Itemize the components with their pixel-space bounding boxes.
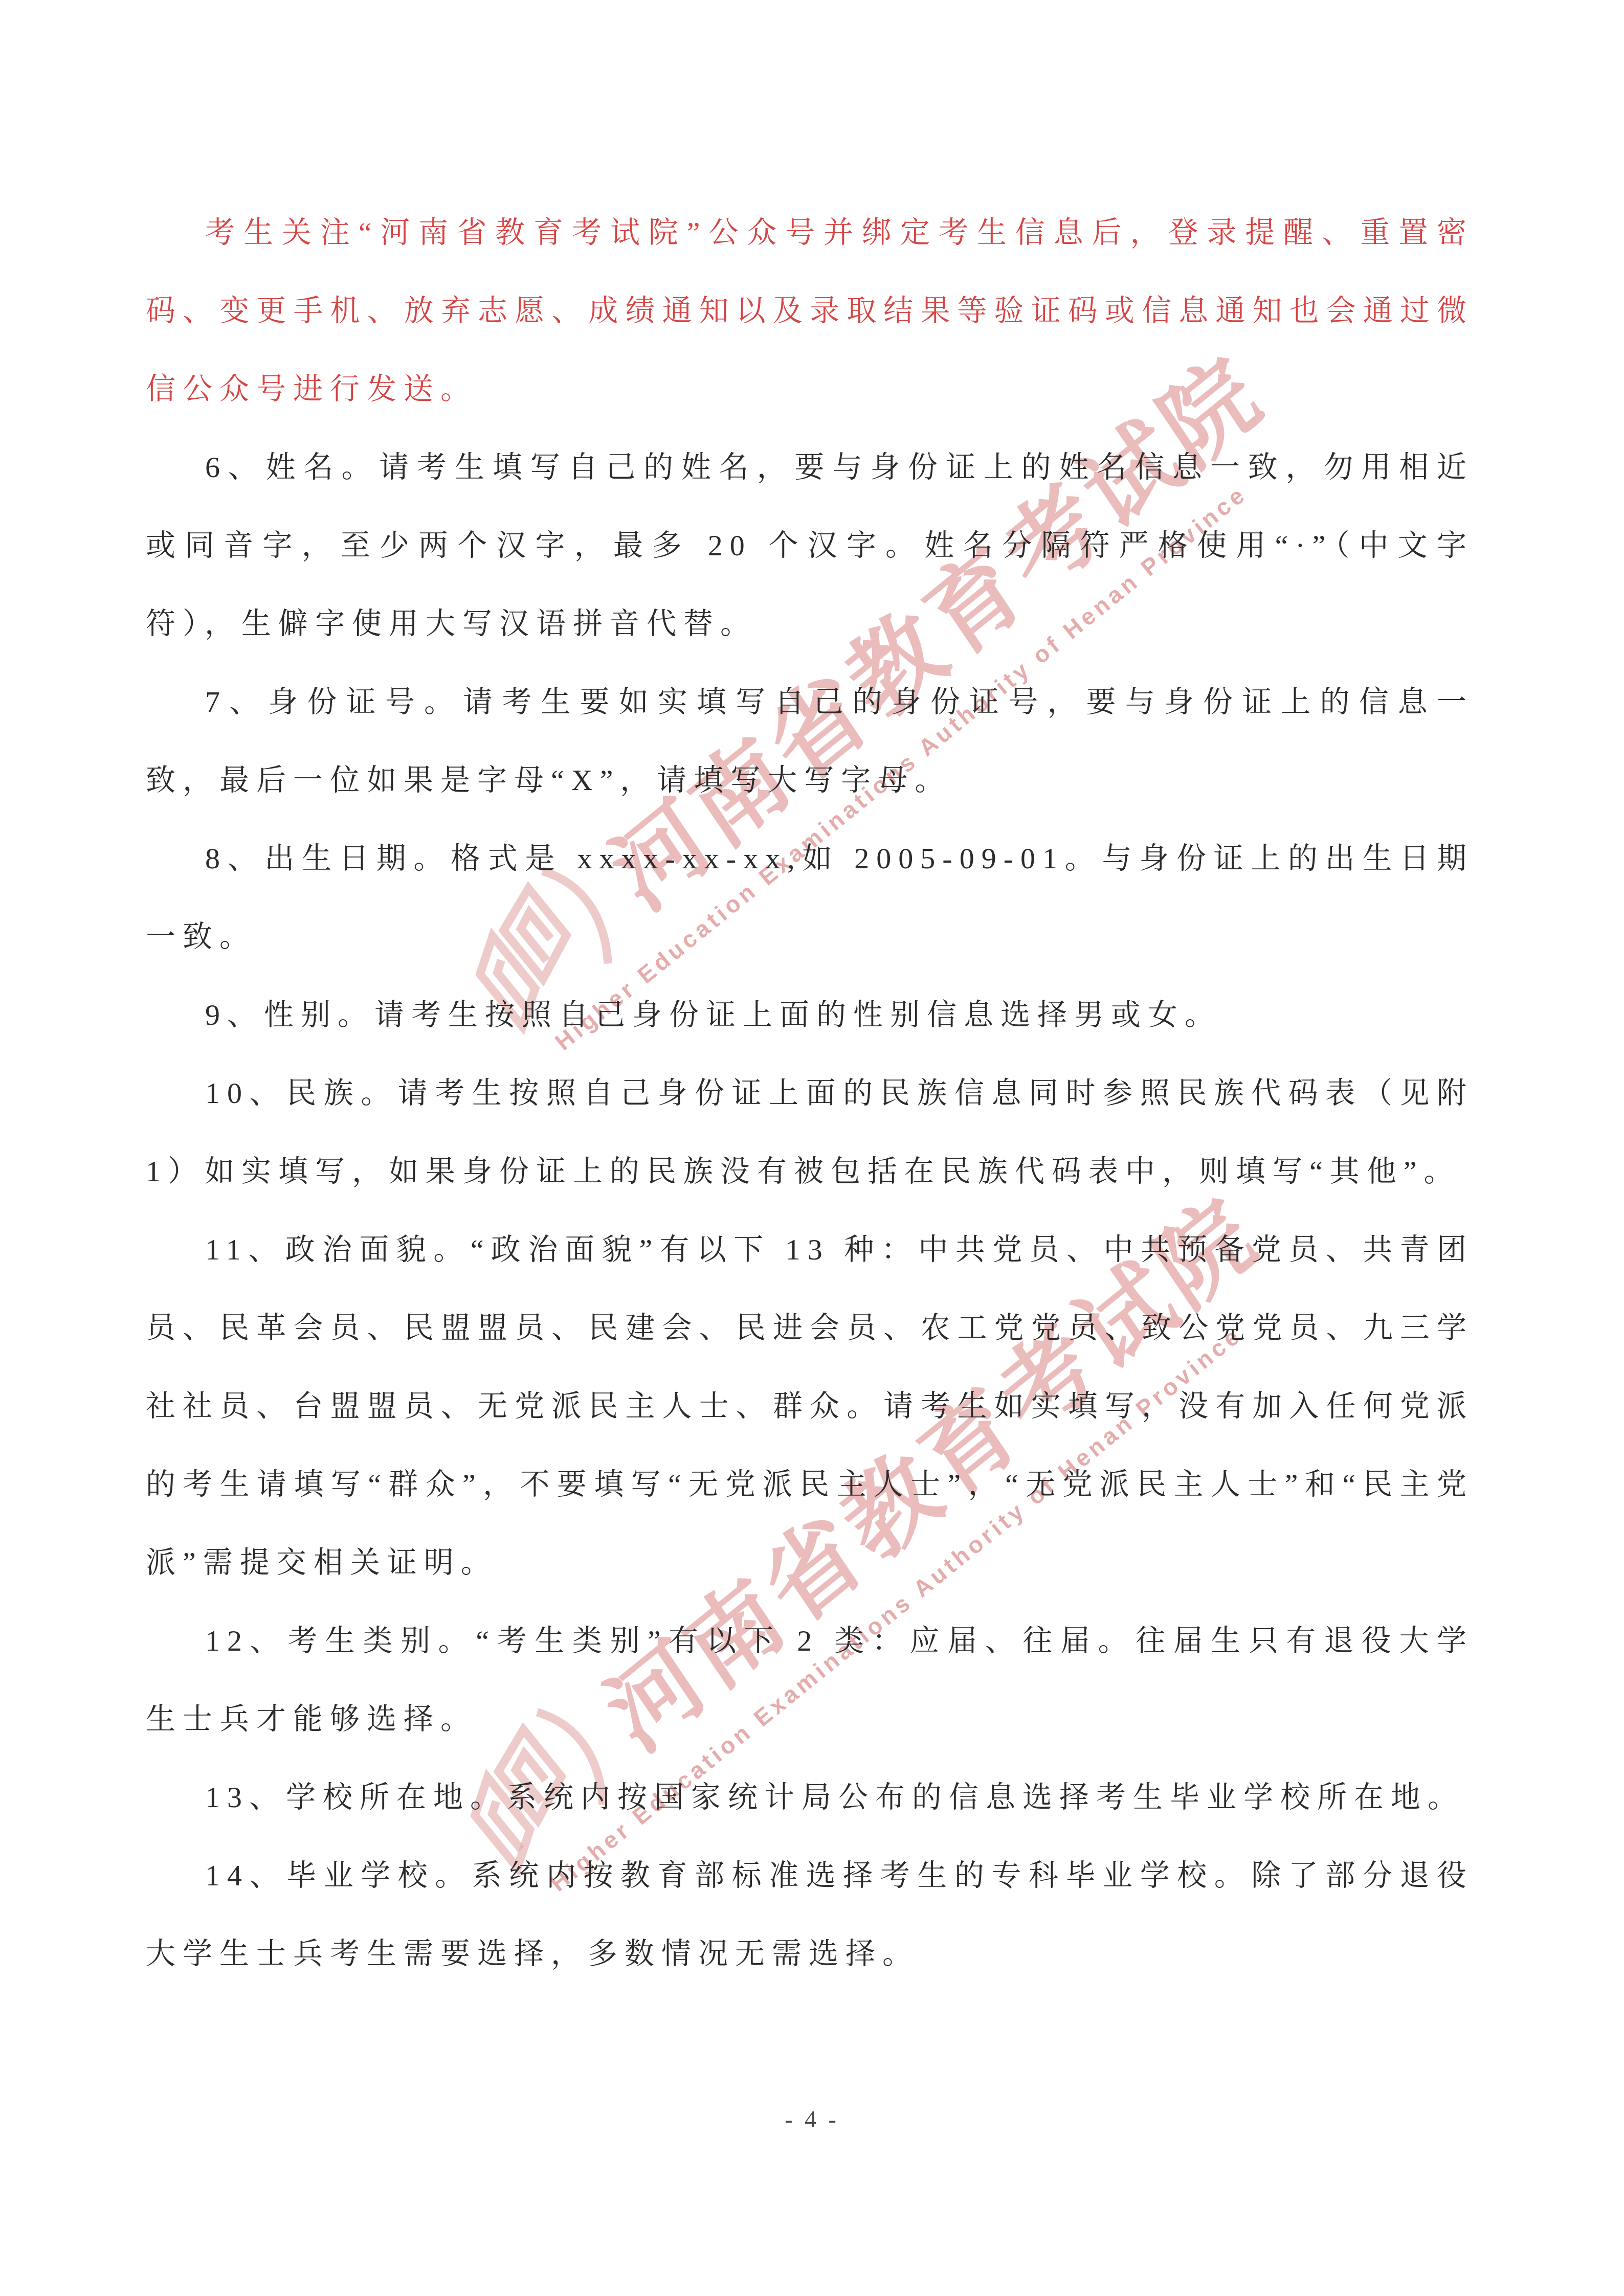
document-body: 考生关注“河南省教育考试院”公众号并绑定考生信息后，登录提醒、重置密码、变更手机… — [146, 193, 1474, 1993]
item-7-id-number: 7、身份证号。请考生要如实填写自己的身份证号，要与身份证上的信息一致，最后一位如… — [146, 663, 1474, 819]
page-number: - 4 - — [0, 2106, 1624, 2133]
item-12-candidate-category: 12、考生类别。“考生类别”有以下 2 类：应届、往届。往届生只有退役大学生士兵… — [146, 1602, 1474, 1758]
item-10-ethnicity: 10、民族。请考生按照自己身份证上面的民族信息同时参照民族代码表（见附 1）如实… — [146, 1054, 1474, 1210]
document-page: 河南省教育考试院 Higher Education Examinations A… — [0, 0, 1624, 2296]
item-13-school-location: 13、学校所在地。系统内按国家统计局公布的信息选择考生毕业学校所在地。 — [146, 1758, 1474, 1836]
item-8-birth-date: 8、出生日期。格式是 xxxx-xx-xx,如 2005-09-01。与身份证上… — [146, 819, 1474, 976]
item-9-gender: 9、性别。请考生按照自己身份证上面的性别信息选择男或女。 — [146, 976, 1474, 1054]
item-11-political-status: 11、政治面貌。“政治面貌”有以下 13 种：中共党员、中共预备党员、共青团员、… — [146, 1210, 1474, 1602]
item-6-name: 6、姓名。请考生填写自己的姓名，要与身份证上的姓名信息一致，勿用相近或同音字，至… — [146, 428, 1474, 663]
notice-paragraph-wechat: 考生关注“河南省教育考试院”公众号并绑定考生信息后，登录提醒、重置密码、变更手机… — [146, 193, 1474, 428]
item-14-graduating-school: 14、毕业学校。系统内按教育部标准选择考生的专科毕业学校。除了部分退役大学生士兵… — [146, 1836, 1474, 1993]
